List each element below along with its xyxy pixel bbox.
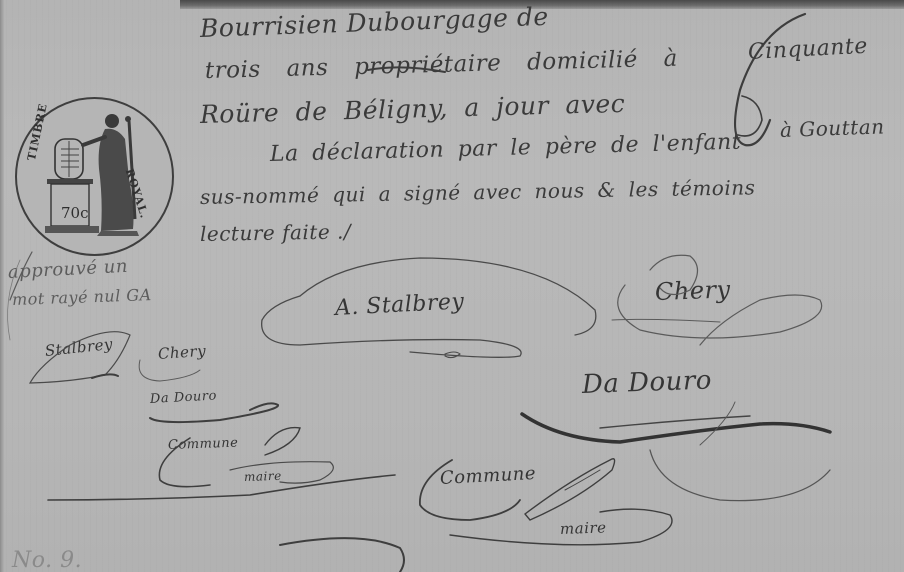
signature-small-chery: Chery [157, 342, 206, 363]
signature-maire: maire [560, 518, 607, 538]
signature-small-commune: Commune [168, 436, 239, 453]
body-line-6: lecture faite ./ [200, 219, 352, 246]
signature-stalbrey: A. Stalbrey [334, 289, 465, 321]
entry-number: No. 9. [12, 548, 82, 572]
body-line-5: sus-nommé qui a signé avec nous & les té… [200, 175, 756, 209]
margin-approval-line-1: approuvé un [7, 256, 128, 283]
margin-right-word-2: à Gouttan [780, 114, 885, 142]
signature-small-stalbrey: Stalbrey [44, 335, 114, 360]
stamp-value: 70c [61, 204, 89, 222]
signature-dadouro: Da Douro [581, 365, 712, 400]
margin-right-word-1: Cinquante [747, 34, 868, 65]
signature-commune: Commune [439, 463, 536, 489]
royal-stamp-seal: TIMBRE ROYAL. 70c [15, 97, 174, 256]
signature-chery: Chery [655, 275, 731, 306]
margin-approval-line-2: mot rayé nul GA [12, 285, 152, 309]
body-line-4: La déclaration par le père de l'enfant [270, 130, 742, 167]
scan-left-edge [0, 0, 4, 572]
document-page: TIMBRE ROYAL. 70c Bourrisien Dubourgage … [0, 0, 904, 572]
body-line-2: trois ans propriétaire domicilié à [205, 46, 679, 84]
body-line-3: Roüre de Béligny, a jour avec [200, 89, 626, 129]
signature-small-dadouro: Da Douro [150, 389, 218, 407]
signature-small-maire: maire [244, 469, 282, 484]
